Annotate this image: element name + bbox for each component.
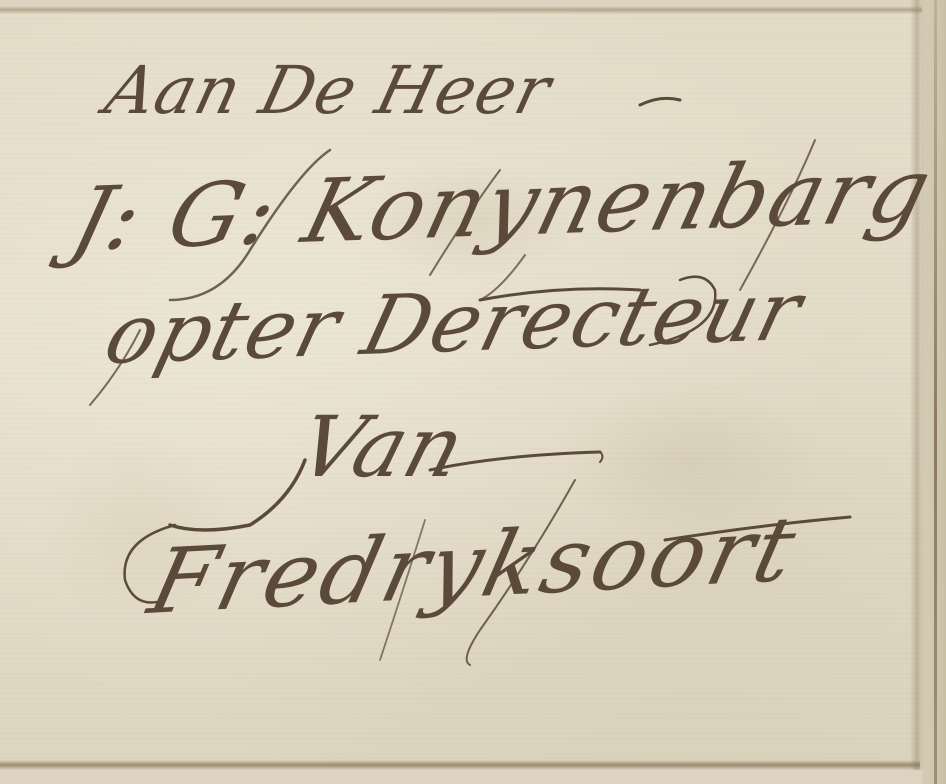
paper-bottom-margin xyxy=(0,768,946,784)
address-line-preposition: Van xyxy=(288,398,476,496)
letter-sheet: Aan De Heer J: G: Konynenbarg opter Dere… xyxy=(0,0,946,784)
fold-edge-right xyxy=(910,0,924,770)
address-line-salutation: Aan De Heer xyxy=(98,52,559,129)
address-line-title: opter Derecteur xyxy=(96,264,811,383)
address-line-name: J: G: Konynenbarg xyxy=(62,139,943,271)
fold-edge-bottom xyxy=(0,760,920,770)
fold-line-right xyxy=(934,0,937,784)
fold-edge-top xyxy=(0,6,940,14)
address-line-place: Fredryksoort xyxy=(140,497,808,635)
